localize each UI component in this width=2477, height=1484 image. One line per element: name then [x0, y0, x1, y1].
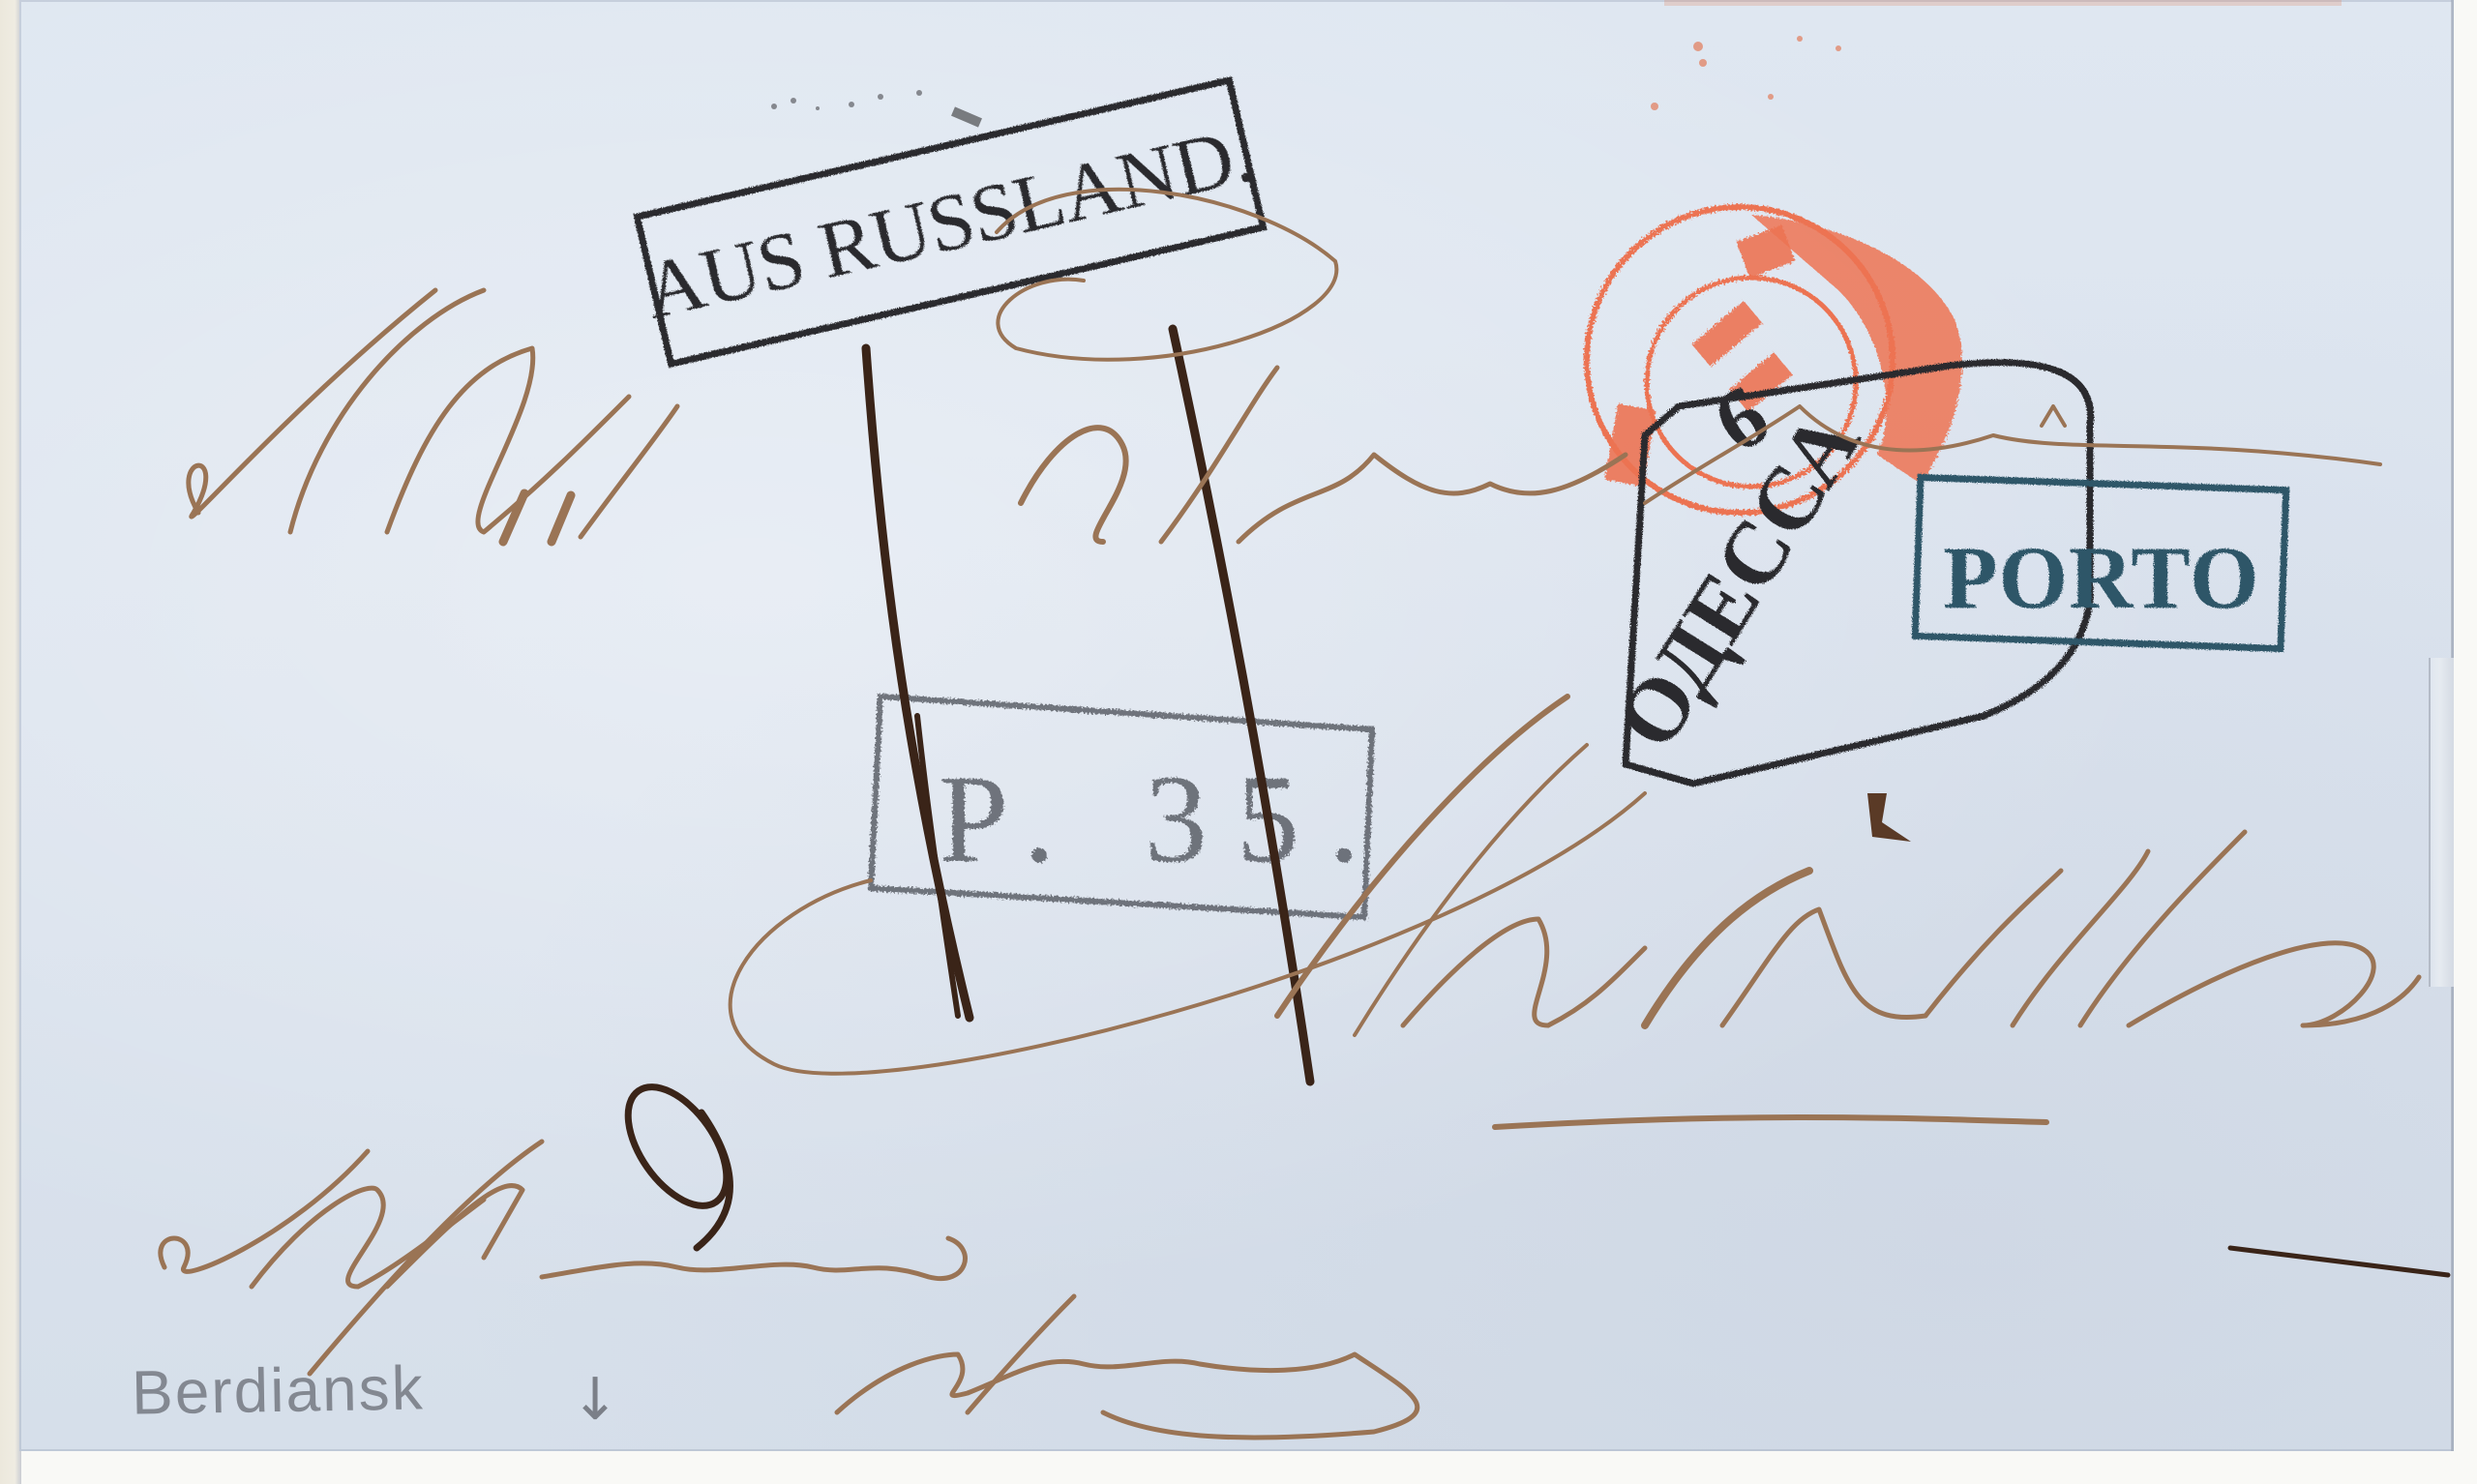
- manuscript-mark-8: [609, 1070, 747, 1248]
- porto-handstamp: PORTO: [1915, 477, 2285, 648]
- manuscript-rate-strokes: [866, 329, 1310, 1082]
- scan-background: AUS RUSSLAND. ОДЕССА 6: [0, 0, 2477, 1484]
- manuscript-small-mark: [1867, 793, 1911, 842]
- p35-text: P. 35.: [939, 750, 1388, 889]
- top-edge-red-specks: [1651, 0, 2342, 110]
- porto-text: PORTO: [1943, 528, 2259, 627]
- p35-handstamp: P. 35.: [871, 697, 1388, 917]
- pencil-note-berdiansk: Berdiansk: [131, 1351, 425, 1428]
- aus-russland-handstamp: AUS RUSSLAND.: [629, 79, 1267, 366]
- cover-markings: AUS RUSSLAND. ОДЕССА 6: [0, 0, 2477, 1484]
- faint-dotted-impression: [771, 90, 980, 123]
- pencil-arrow-mark: ↓: [571, 1366, 619, 1434]
- manuscript-line-right: [2230, 1248, 2448, 1275]
